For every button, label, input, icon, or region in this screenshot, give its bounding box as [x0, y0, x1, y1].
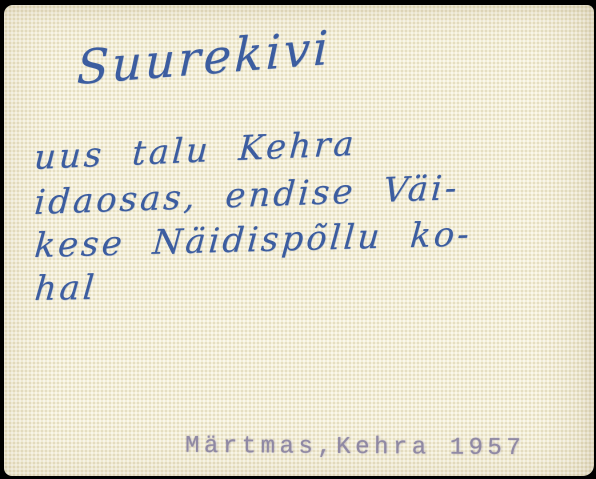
- date-place-stamp: Märtmas,Kehra 1957: [185, 433, 525, 462]
- handwritten-line-1: uus talu Kehra: [33, 124, 358, 178]
- handwritten-line-2: idaosas, endise Väi-: [33, 168, 461, 223]
- handwritten-line-4: hal: [33, 268, 99, 309]
- scanned-archive-image: Suurekivi uus talu Kehra idaosas, endise…: [0, 0, 596, 479]
- handwritten-title: Suurekivi: [76, 21, 332, 96]
- handwritten-line-3: kese Näidispõllu ko-: [33, 214, 473, 266]
- photo-card-back: Suurekivi uus talu Kehra idaosas, endise…: [4, 5, 594, 476]
